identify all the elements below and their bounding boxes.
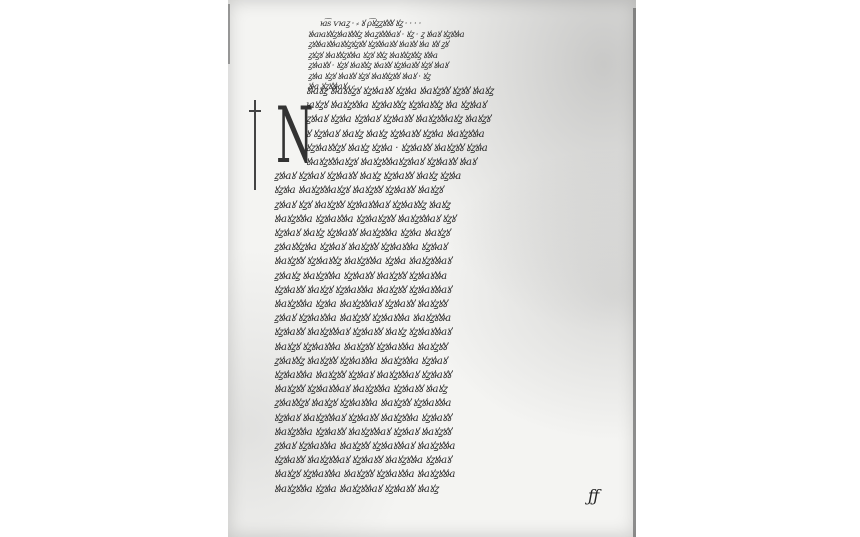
manuscript-page: ꙗ͡ѕ ѵꙗꙁ · ⸗ ꙋ ρ͡ꙋꙁꙁꙋꙋꙋ ꙋꙁ · · · ·ꙋꙗꙗꙋꙋꙁꙋ…	[228, 0, 636, 537]
manuscript-line: ꙁꙋꙗꙋ ꙋꙁꙋ ꙋꙗꙋꙁꙋꙋ ꙋꙁꙋꙗꙋꙋꙗꙋ ꙋꙁꙋꙗꙋꙋꙁ ꙋꙗꙋꙁ	[274, 200, 614, 212]
manuscript-line: ꙋꙗꙋꙁꙋꙋ ꙋꙁꙋꙗꙋꙋꙗꙋ ꙋꙗꙋꙁꙋꙋꙗ ꙋꙁꙋꙗꙋꙋ ꙋꙗꙋꙁ	[274, 384, 614, 396]
manuscript-line: ꙋꙗꙋꙁꙋꙋꙗ ꙋꙁꙋꙗ ꙋꙗꙋꙁꙋꙋꙗꙋ ꙋꙁꙋꙗꙋꙋ ꙋꙗꙋꙁꙋꙋ	[274, 299, 614, 311]
manuscript-line: ꙁꙋꙗꙋꙋꙁꙋꙗ ꙋꙁꙋꙗꙋ ꙋꙗꙋꙁꙋꙋ ꙋꙁꙋꙗꙋꙋꙗ ꙋꙁꙋꙗꙋ	[274, 242, 614, 254]
manuscript-line: ꙋꙁꙋꙗꙋꙋ ꙋꙗꙋꙁꙋ ꙋꙁꙋꙗꙋꙋꙗ ꙋꙗꙋꙁꙋꙋ ꙋꙁꙋꙗꙋꙋꙗꙋ	[274, 285, 614, 297]
manuscript-line: ꙋꙗꙋꙁꙋ ꙋꙁꙋꙗꙋꙋꙗ ꙋꙗꙋꙁꙋꙋ ꙋꙁꙋꙗꙋꙋꙗ ꙋꙗꙋꙁꙋꙋꙗ	[274, 469, 614, 481]
manuscript-line: ꙁꙋꙗꙋ ꙋꙁꙋꙗꙋꙋꙗ ꙋꙗꙋꙁꙋꙋ ꙋꙁꙋꙗꙋꙋꙗ ꙋꙗꙋꙁꙋꙋꙗ	[274, 313, 614, 325]
manuscript-line: ꙋꙗꙋꙁꙋꙋ ꙋꙁꙋꙗꙋꙋꙁ ꙋꙗꙋꙁꙋꙋꙗ ꙋꙁꙋꙗ ꙋꙗꙋꙁꙋꙋꙗꙋ	[274, 256, 614, 268]
manuscript-line: ꙋꙗꙋꙁ ꙋꙗꙋꙋꙁꙋ ꙋꙁꙋꙗꙋꙋ ꙋꙁꙋꙗ ꙋꙗꙋꙁꙋꙋ ꙋꙁꙋꙋ ꙋꙗꙋꙁ	[306, 86, 616, 98]
manuscript-line: ꙋꙁꙋꙗꙋꙋ ꙋꙗꙋꙁꙋꙋꙗꙋ ꙋꙁꙋꙗꙋꙋ ꙋꙗꙋꙁ ꙋꙁꙋꙗꙋꙋꙗꙋ	[274, 327, 614, 339]
manuscript-line: ꙋꙗꙋꙁꙋꙋꙗꙋꙁꙋ ꙋꙗꙋꙁꙋꙋꙗꙋꙁꙋꙗꙋ ꙋꙁꙋꙗꙋꙋ ꙋꙗꙋ	[306, 157, 616, 169]
cross-mark-icon	[254, 100, 256, 190]
manuscript-line: ꙁꙋꙗꙋꙋꙁ ꙋꙗꙋꙁꙋꙋ ꙋꙁꙋꙗꙋꙋꙗ ꙋꙗꙋꙁꙋꙋꙗ ꙋꙁꙋꙗꙋ	[274, 356, 614, 368]
manuscript-line: ꙋꙗꙋꙁꙋꙋꙗ ꙋꙁꙋꙗꙋꙋ ꙋꙗꙋꙁꙋꙋꙗꙋ ꙋꙁꙋꙗꙋ ꙋꙗꙋꙁꙋꙋ	[274, 427, 614, 439]
manuscript-line: ꙁꙋꙗꙋꙋꙁꙋ ꙋꙗꙋꙁꙋ ꙋꙁꙋꙗꙋꙋꙗ ꙋꙗꙋꙁꙋꙋ ꙋꙁꙋꙗꙋꙋꙗ	[274, 398, 614, 410]
manuscript-line: ꙋꙁꙋꙗꙋ ꙋꙗꙋꙁ ꙋꙁꙋꙗꙋꙋ ꙋꙗꙋꙁꙋꙋꙗ ꙋꙁꙋꙗ ꙋꙗꙋꙁꙋ	[274, 228, 614, 240]
manuscript-line: ꙋꙗꙋꙁꙋ ꙋꙁꙋꙗꙋꙋꙗ ꙋꙗꙋꙁꙋꙋ ꙋꙁꙋꙗꙋꙋꙗ ꙋꙗꙋꙁꙋꙋ	[274, 342, 614, 354]
page-edge-right	[633, 8, 636, 537]
manuscript-line: ꙁꙋꙗꙋ ꙋꙁꙋꙗꙋ ꙋꙁꙋꙗꙋꙋ ꙋꙗꙋꙁ ꙋꙁꙋꙗꙋꙋ ꙋꙗꙋꙁ ꙋꙁꙋꙗ	[274, 171, 614, 183]
manuscript-line: ꙋꙁꙋꙗꙋꙋꙁꙋ ꙋꙗꙋꙁ ꙋꙁꙋꙗ · ꙋꙁꙋꙗꙋꙋ ꙋꙗꙋꙁꙋꙋ ꙋꙁꙋꙗ	[306, 143, 616, 155]
manuscript-line: ꙗ͡ꙋꙁꙋ ꙋꙗꙋꙁꙋꙋꙗ ꙋꙁꙋꙗꙋꙋꙁ ꙋꙁꙋꙗꙋꙋꙁ ꙋꙗ ꙋꙁꙋꙗꙋ	[306, 100, 616, 112]
manuscript-line: ꙁꙋꙗꙋ ꙋꙁꙋꙗꙋꙋꙗ ꙋꙗꙋꙁꙋꙋ ꙋꙁꙋꙗꙋꙋꙗꙋ ꙋꙗꙋꙁꙋꙋꙗ	[274, 441, 614, 453]
manuscript-line: ꙋ ꙋꙁꙋꙗꙋ ꙋꙗꙋꙁ ꙋꙗꙋꙁ ꙋꙁꙋꙗꙋꙋ ꙋꙁꙋꙗ ꙋꙗꙋꙁꙋꙋꙗ	[306, 129, 616, 141]
manuscript-line: ꙋꙗꙋꙁꙋꙋꙗ ꙋꙁꙋꙗꙋꙋꙗ ꙋꙁꙋꙗꙋꙁꙋꙋ ꙋꙗꙋꙁꙋꙋꙗꙋ ꙋꙁꙋ	[274, 214, 614, 226]
manuscript-line: ꙁꙋꙗꙋꙁ ꙋꙗꙋꙁꙋꙋꙗ ꙋꙁꙋꙗꙋꙋ ꙋꙗꙋꙁꙋꙋ ꙋꙁꙋꙗꙋꙋꙗ	[274, 271, 614, 283]
signature-mark: ƒƒ	[588, 486, 599, 505]
manuscript-line: ꙁꙋꙗꙋ ꙋꙁꙋꙗ ꙋꙁꙋꙗꙋ ꙋꙁꙋꙗꙋꙋ ꙋꙗꙋꙁꙋꙋꙗꙋꙁ ꙋꙗꙋꙁꙋ	[306, 114, 616, 126]
manuscript-line: ꙋꙁꙋꙗꙋ ꙋꙗꙋꙁꙋꙋꙗꙋ ꙋꙁꙋꙗꙋꙋ ꙋꙗꙋꙁꙋꙋꙗ ꙋꙁꙋꙗꙋꙋ	[274, 413, 614, 425]
manuscript-line: ꙋꙁꙋꙗꙋꙋꙗ ꙋꙗꙋꙁꙋꙋ ꙋꙁꙋꙗꙋ ꙋꙗꙋꙁꙋꙋꙗꙋ ꙋꙁꙋꙗꙋꙋ	[274, 370, 614, 382]
manuscript-line: ꙋꙗꙋꙁꙋꙋꙗ ꙋꙁꙋꙗ ꙋꙗꙋꙁꙋꙋꙗꙋ ꙋꙁꙋꙗꙋꙋ ꙋꙗꙋꙁ	[274, 484, 574, 496]
page-edge-left	[228, 4, 230, 64]
manuscript-line: ꙋꙁꙋꙗꙋꙋ ꙋꙗꙋꙁꙋꙋꙗꙋ ꙋꙁꙋꙗꙋꙋ ꙋꙗꙋꙁꙋꙋꙗ ꙋꙁꙋꙗꙋ	[274, 455, 614, 467]
manuscript-line: ꙋꙁꙋꙗ ꙋꙗꙋꙁꙋꙋꙗꙋꙁꙋ ꙋꙗꙋꙁꙋꙋ ꙋꙁꙋꙗꙋꙋ ꙋꙗꙋꙁꙋ	[274, 185, 614, 197]
